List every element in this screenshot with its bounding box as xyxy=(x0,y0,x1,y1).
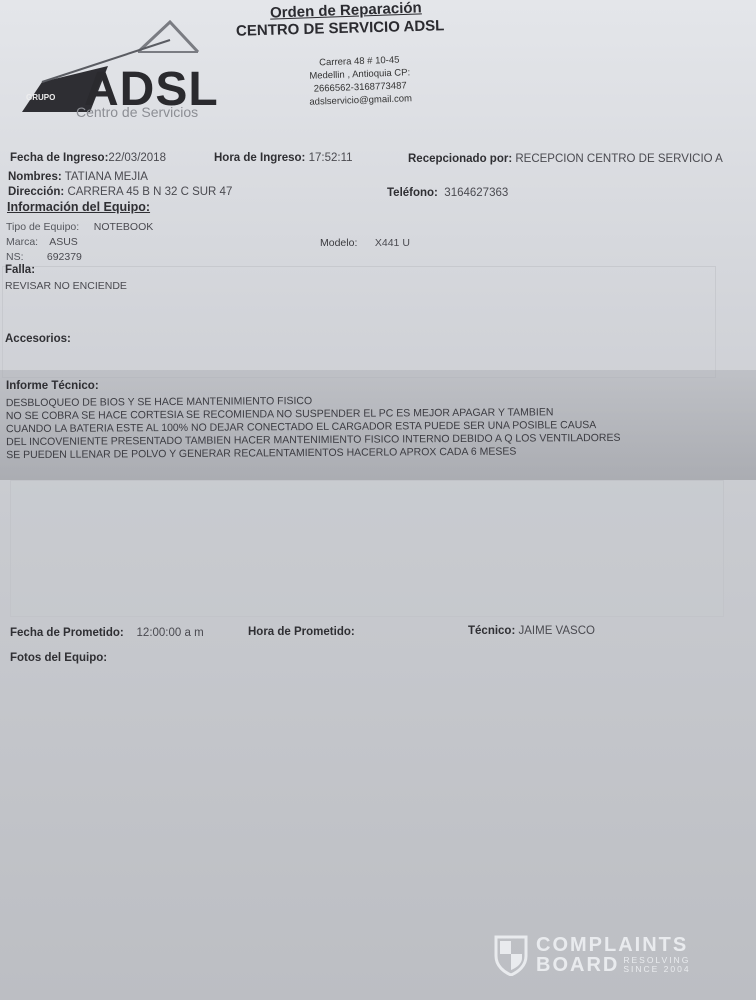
complaints-board-watermark: COMPLAINTS BOARD RESOLVING SINCE 2004 xyxy=(494,934,691,976)
informe-text: DESBLOQUEO DE BIOS Y SE HACE MANTENIMIEN… xyxy=(6,393,621,462)
hora-prometido-field: Hora de Prometido: xyxy=(248,626,355,638)
fecha-prometido-label: Fecha de Prometido: xyxy=(10,627,124,639)
telefono-label: Teléfono: xyxy=(387,187,438,199)
modelo-value: X441 U xyxy=(375,237,410,249)
accesorios-label: Accesorios: xyxy=(5,333,71,345)
fecha-prometido-field: Fecha de Prometido: 12:00:00 a m xyxy=(10,627,204,639)
nombres-field: Nombres: TATIANA MEJIA xyxy=(8,171,148,183)
fotos-label: Fotos del Equipo: xyxy=(10,652,107,664)
recepcionado-label: Recepcionado por: xyxy=(408,153,512,165)
tipo-equipo-value: NOTEBOOK xyxy=(94,221,154,233)
telefono-field: Teléfono: 3164627363 xyxy=(387,187,508,199)
tipo-equipo-field: Tipo de Equipo: NOTEBOOK xyxy=(6,221,153,233)
hora-ingreso-value: 17:52:11 xyxy=(309,152,353,164)
falla-label: Falla: xyxy=(5,264,35,276)
equipment-section-title: Información del Equipo: xyxy=(7,200,150,214)
fecha-ingreso-value: 22/03/2018 xyxy=(108,152,166,164)
watermark-tag2: SINCE 2004 xyxy=(623,965,690,974)
fecha-prometido-value: 12:00:00 a m xyxy=(137,627,204,639)
company-logo: GRUPO ADSL Centro de Servicios xyxy=(20,20,230,120)
falla-value: REVISAR NO ENCIENDE xyxy=(5,280,127,292)
company-name: CENTRO DE SERVICIO ADSL xyxy=(236,17,445,39)
watermark-line2: BOARD xyxy=(536,955,619,975)
shield-icon xyxy=(494,934,528,976)
fecha-ingreso-label: Fecha de Ingreso: xyxy=(10,152,108,164)
ns-field: NS: 692379 xyxy=(6,251,82,263)
ns-value: 692379 xyxy=(47,251,82,263)
tecnico-label: Técnico: xyxy=(468,625,515,637)
company-contact: Carrera 48 # 10-45 Medellin , Antioquia … xyxy=(289,53,431,110)
hora-ingreso-label: Hora de Ingreso: xyxy=(214,152,305,164)
nombres-label: Nombres: xyxy=(8,171,62,183)
hora-ingreso-field: Hora de Ingreso: 17:52:11 xyxy=(214,152,353,164)
tecnico-value: JAIME VASCO xyxy=(519,625,595,637)
direccion-label: Dirección: xyxy=(8,186,64,198)
watermark-line1: COMPLAINTS xyxy=(536,935,691,955)
informe-label: Informe Técnico: xyxy=(6,380,99,392)
tecnico-field: Técnico: JAIME VASCO xyxy=(468,625,595,637)
fecha-ingreso-field: Fecha de Ingreso:22/03/2018 xyxy=(10,152,166,164)
modelo-field: Modelo: X441 U xyxy=(320,237,410,249)
marca-field: Marca: ASUS xyxy=(6,236,78,248)
direccion-field: Dirección: CARRERA 45 B N 32 C SUR 47 xyxy=(8,186,232,198)
marca-label: Marca: xyxy=(6,236,38,248)
modelo-label: Modelo: xyxy=(320,237,357,249)
nombres-value: TATIANA MEJIA xyxy=(65,171,148,183)
recepcionado-value: RECEPCION CENTRO DE SERVICIO A xyxy=(515,153,722,165)
recepcionado-field: Recepcionado por: RECEPCION CENTRO DE SE… xyxy=(408,153,723,165)
logo-grupo-text: GRUPO xyxy=(26,93,55,102)
blank-notes-box xyxy=(10,480,724,617)
direccion-value: CARRERA 45 B N 32 C SUR 47 xyxy=(67,186,232,198)
ns-label: NS: xyxy=(6,251,24,263)
tipo-equipo-label: Tipo de Equipo: xyxy=(6,221,79,233)
marca-value: ASUS xyxy=(49,236,78,248)
telefono-value: 3164627363 xyxy=(444,187,508,199)
logo-subtitle: Centro de Servicios xyxy=(76,105,198,119)
hora-prometido-label: Hora de Prometido: xyxy=(248,626,355,638)
